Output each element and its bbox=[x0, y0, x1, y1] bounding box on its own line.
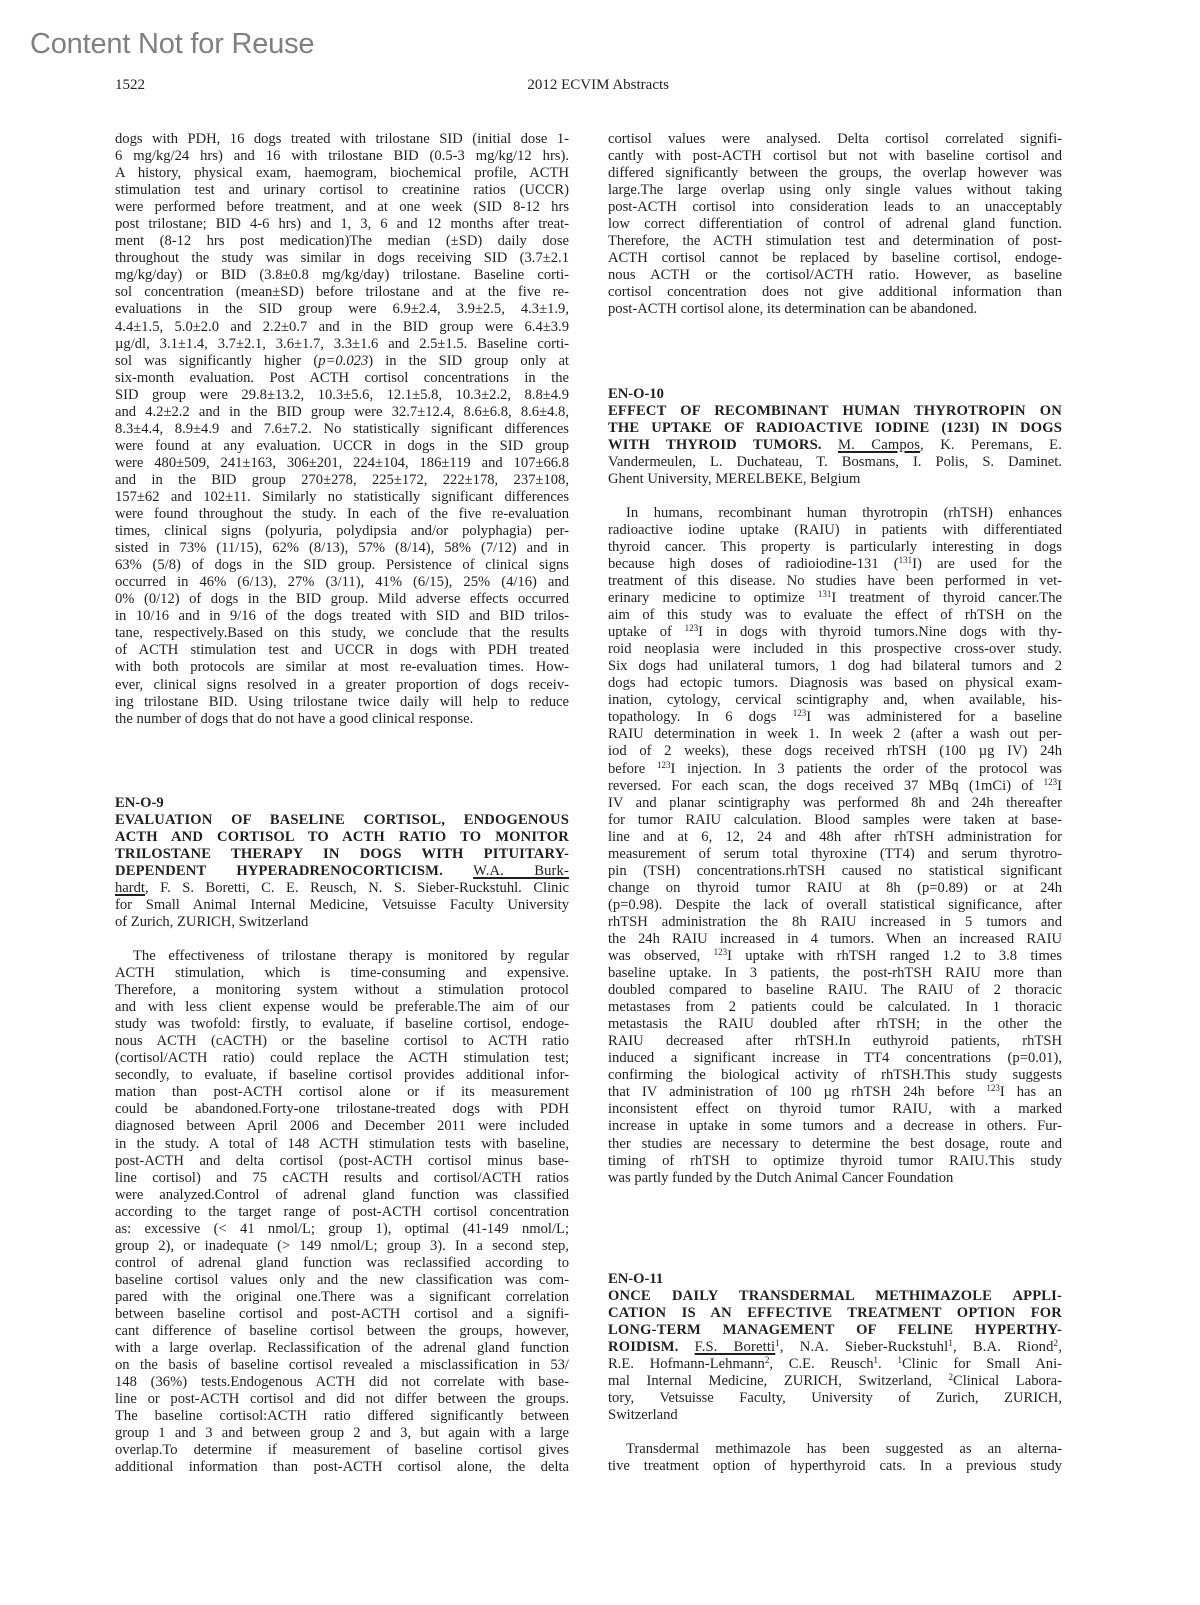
abstract-en-o-11: EN-O-11 ONCE DAILY TRANSDERMAL METHIMAZO… bbox=[608, 1271, 1062, 1476]
right-column: cortisol values were analysed. Delta cor… bbox=[608, 131, 1062, 1475]
section-gap bbox=[608, 319, 1062, 386]
text-line: in 10/16 and in 9/16 of the dogs treated… bbox=[115, 608, 569, 625]
isotope-superscript: 123 bbox=[986, 1083, 1000, 1093]
body-line: according to the target range of post-AC… bbox=[115, 1204, 569, 1221]
abstract-body: The effectiveness of trilostane therapy … bbox=[115, 948, 569, 1476]
text-line: cortisol concentration does not give add… bbox=[608, 284, 1062, 301]
title-line: EVALUATION OF BASELINE CORTISOL, ENDOGEN… bbox=[115, 812, 569, 829]
text-fragment: because high doses of radioiodine-131 ( bbox=[608, 556, 899, 572]
paragraph-gap bbox=[608, 488, 1062, 505]
body-line: induced a significant increase in TT4 co… bbox=[608, 1050, 1062, 1067]
abstract-title: EFFECT OF RECOMBINANT HUMAN THYROTROPIN … bbox=[608, 403, 1062, 454]
title-fragment: ROIDISM. bbox=[608, 1339, 679, 1355]
body-line: and with less client expense would be pr… bbox=[115, 999, 569, 1016]
abstract-body: In humans, recombinant human thyrotropin… bbox=[608, 505, 1062, 1187]
body-line: The baseline cortisol:ACTH ratio differe… bbox=[115, 1408, 569, 1425]
abstract-title: EVALUATION OF BASELINE CORTISOL, ENDOGEN… bbox=[115, 812, 569, 880]
page-number: 1522 bbox=[115, 77, 145, 94]
text-fragment: was observed, bbox=[608, 948, 714, 964]
text-fragment: , bbox=[1058, 1339, 1062, 1355]
abstract-en-o-9: EN-O-9 EVALUATION OF BASELINE CORTISOL, … bbox=[115, 795, 569, 1477]
body-line: mation than post-ACTH cortisol alone or … bbox=[115, 1084, 569, 1101]
section-gap bbox=[115, 728, 569, 795]
body-line: baseline cortisol values only and the ne… bbox=[115, 1272, 569, 1289]
text-fragment: uptake of bbox=[608, 624, 685, 640]
text-line: times, clinical signs (polyuria, polydip… bbox=[115, 523, 569, 540]
abstract-en-o-10: EN-O-10 EFFECT OF RECOMBINANT HUMAN THYR… bbox=[608, 386, 1062, 1187]
presenting-author: W.A. Burk- bbox=[473, 863, 569, 879]
text-line: stimulation test and urinary cortisol to… bbox=[115, 182, 569, 199]
body-line: (p=0.98). Despite the lack of overall st… bbox=[608, 897, 1062, 914]
abstract-id: EN-O-11 bbox=[608, 1271, 1062, 1288]
text-line: sol was significantly higher (p=0.023) i… bbox=[115, 353, 569, 370]
body-line: confirming the biological activity of rh… bbox=[608, 1067, 1062, 1084]
text-line: throughout the study was similar in dogs… bbox=[115, 250, 569, 267]
body-line: between baseline cortisol and post-ACTH … bbox=[115, 1306, 569, 1323]
text-line: the number of dogs that do not have a go… bbox=[115, 711, 569, 728]
abstract-title: ONCE DAILY TRANSDERMAL METHIMAZOLE APPLI… bbox=[608, 1288, 1062, 1356]
text-fragment: ) in the SID group only at bbox=[368, 353, 569, 369]
text-line: cortisol values were analysed. Delta cor… bbox=[608, 131, 1062, 148]
text-line: Therefore, the ACTH stimulation test and… bbox=[608, 233, 1062, 250]
body-line: topathology. In 6 dogs 123I was administ… bbox=[608, 709, 1062, 726]
text-line: sol concentration (mean±SD) before trilo… bbox=[115, 284, 569, 301]
body-line: overlap.To determine if measurement of b… bbox=[115, 1442, 569, 1459]
paragraph-gap bbox=[115, 931, 569, 948]
text-fragment: erinary medicine to optimize bbox=[608, 590, 818, 606]
text-fragment: I treatment of thyroid cancer.The bbox=[831, 590, 1062, 606]
text-line: ACTH cortisol cannot be replaced by base… bbox=[608, 250, 1062, 267]
title-line: TRILOSTANE THERAPY IN DOGS WITH PITUITAR… bbox=[115, 846, 569, 863]
presenting-author-cont: hardt bbox=[115, 880, 145, 896]
body-line: could be abandoned.Forty-one trilostane-… bbox=[115, 1101, 569, 1118]
body-line: The effectiveness of trilostane therapy … bbox=[115, 948, 569, 965]
body-line: before 123I injection. In 3 patients the… bbox=[608, 761, 1062, 778]
body-line: the 24h RAIU increased in 4 tumors. When… bbox=[608, 931, 1062, 948]
body-line: ACTH stimulation, which is time-consumin… bbox=[115, 965, 569, 982]
co-authors: , F. S. Boretti, C. E. Reusch, N. S. Sie… bbox=[145, 880, 569, 896]
isotope-superscript: 123 bbox=[1044, 777, 1058, 787]
body-line: (cortisol/ACTH ratio) could replace the … bbox=[115, 1050, 569, 1067]
co-author: , C.E. Reusch bbox=[769, 1356, 873, 1372]
body-line: that IV administration of 100 µg rhTSH 2… bbox=[608, 1084, 1062, 1101]
text-line: differed significantly between the group… bbox=[608, 165, 1062, 182]
isotope-superscript: 131 bbox=[899, 555, 913, 565]
body-line: inconsistent effect on thyroid tumor RAI… bbox=[608, 1101, 1062, 1118]
body-line: iod of 2 weeks), these dogs received rhT… bbox=[608, 743, 1062, 760]
text-fragment: I uptake with rhTSH ranged 1.2 to 3.8 ti… bbox=[727, 948, 1062, 964]
body-line: metastasis the RAIU doubled after rhTSH;… bbox=[608, 1016, 1062, 1033]
body-line: RAIU decreased after rhTSH.In euthyroid … bbox=[608, 1033, 1062, 1050]
body-line: In humans, recombinant human thyrotropin… bbox=[608, 505, 1062, 522]
journal-title: 2012 ECVIM Abstracts bbox=[527, 77, 669, 94]
body-line: additional information than post-ACTH co… bbox=[115, 1459, 569, 1476]
body-line: group 2), or inadequate (> 149 nmol/L; g… bbox=[115, 1238, 569, 1255]
body-line: radioactive iodine uptake (RAIU) in pati… bbox=[608, 522, 1062, 539]
text-line: dogs with PDH, 16 dogs treated with tril… bbox=[115, 131, 569, 148]
body-line: ination, cytology, cervical scintigraphy… bbox=[608, 692, 1062, 709]
text-line: post-ACTH cortisol alone, its determinat… bbox=[608, 301, 1062, 318]
text-line: with both protocols are similar at most … bbox=[115, 659, 569, 676]
text-line: were performed before treatment, and at … bbox=[115, 199, 569, 216]
body-line: for tumor RAIU calculation. Blood sample… bbox=[608, 812, 1062, 829]
isotope-superscript: 123 bbox=[657, 760, 671, 770]
text-line: six-month evaluation. Post ACTH cortisol… bbox=[115, 370, 569, 387]
affiliation-line: tory, Vetsuisse Faculty, University of Z… bbox=[608, 1390, 1062, 1407]
text-fragment: I was administered for a baseline bbox=[806, 709, 1062, 725]
body-line: dogs had ectopic tumors. Diagnosis was b… bbox=[608, 675, 1062, 692]
text-line: 4.4±1.5, 5.0±2.0 and 2.2±0.7 and in the … bbox=[115, 319, 569, 336]
body-line: timing of rhTSH to optimize thyroid tumo… bbox=[608, 1153, 1062, 1170]
body-line: aim of this study was to evaluate the ef… bbox=[608, 607, 1062, 624]
body-line: 148 (36%) tests.Endogenous ACTH did not … bbox=[115, 1374, 569, 1391]
text-fragment: I bbox=[1057, 778, 1062, 794]
body-line: as: excessive (< 41 nmol/L; group 1), op… bbox=[115, 1221, 569, 1238]
text-line: 157±62 and 102±11. Similarly no statisti… bbox=[115, 489, 569, 506]
body-line: study was twofold: firstly, to evaluate,… bbox=[115, 1016, 569, 1033]
body-line: line cortisol) and 75 cACTH results and … bbox=[115, 1170, 569, 1187]
text-line: post-ACTH cortisol into consideration le… bbox=[608, 199, 1062, 216]
abstract-id: EN-O-10 bbox=[608, 386, 1062, 403]
co-author: , B.A. Riond bbox=[953, 1339, 1054, 1355]
body-line: thyroid cancer. This property is particu… bbox=[608, 539, 1062, 556]
text-line: A history, physical exam, haemogram, bio… bbox=[115, 165, 569, 182]
body-line: line or post-ACTH cortisol and did not d… bbox=[115, 1391, 569, 1408]
text-line: 0% (0/12) of dogs in the BID group. Mild… bbox=[115, 591, 569, 608]
body-line: Transdermal methimazole has been suggest… bbox=[608, 1441, 1062, 1458]
text-fragment: reversed. For each scan, the dogs receiv… bbox=[608, 778, 1044, 794]
body-line: ther studies are necessary to determine … bbox=[608, 1136, 1062, 1153]
title-line: ACTH AND CORTISOL TO ACTH RATIO TO MONIT… bbox=[115, 829, 569, 846]
text-line: were 480±509, 241±163, 306±201, 224±104,… bbox=[115, 455, 569, 472]
text-fragment: I has an bbox=[1000, 1084, 1062, 1100]
body-line: metastases from 2 patients could be calc… bbox=[608, 999, 1062, 1016]
text-line: low correct differentiation of control o… bbox=[608, 216, 1062, 233]
text-line: ever, clinical signs resolved in a great… bbox=[115, 677, 569, 694]
text-line: 6 mg/kg/24 hrs) and 16 with trilostane B… bbox=[115, 148, 569, 165]
affiliation-line: for Small Animal Internal Medicine, Vets… bbox=[115, 897, 569, 914]
text-line: tane, respectively.Based on this study, … bbox=[115, 625, 569, 642]
text-line: were found throughout the study. In each… bbox=[115, 506, 569, 523]
title-line: LONG-TERM MANAGEMENT OF FELINE HYPERTHY- bbox=[608, 1322, 1062, 1339]
text-line: post trilostane; BID 4-6 hrs) and 1, 3, … bbox=[115, 216, 569, 233]
body-line: line and at 6, 12, 24 and 48h after rhTS… bbox=[608, 829, 1062, 846]
text-line: evaluations in the SID group were 6.9±2.… bbox=[115, 301, 569, 318]
body-line: reversed. For each scan, the dogs receiv… bbox=[608, 778, 1062, 795]
body-line: group 1 and 3 and between group 2 and 3,… bbox=[115, 1425, 569, 1442]
affiliation-line: Switzerland bbox=[608, 1407, 1062, 1424]
affiliation: mal Internal Medicine, ZURICH, Switzerla… bbox=[608, 1373, 948, 1389]
body-line: nous ACTH (cACTH) or the baseline cortis… bbox=[115, 1033, 569, 1050]
text-line: of ACTH stimulation test and UCCR in dog… bbox=[115, 642, 569, 659]
watermark: Content Not for Reuse bbox=[30, 28, 314, 61]
presenting-author: M. Campos bbox=[838, 437, 920, 453]
title-line: EFFECT OF RECOMBINANT HUMAN THYROTROPIN … bbox=[608, 403, 1062, 420]
text-fragment: that IV administration of 100 µg rhTSH 2… bbox=[608, 1084, 986, 1100]
title-line: ONCE DAILY TRANSDERMAL METHIMAZOLE APPLI… bbox=[608, 1288, 1062, 1305]
isotope-superscript: 131 bbox=[818, 589, 832, 599]
body-line: RAIU determination in week 1. In week 2 … bbox=[608, 726, 1062, 743]
title-line: DEPENDENT HYPERADRENOCORTICISM. W.A. Bur… bbox=[115, 863, 569, 880]
co-author: R.E. Hofmann-Lehmann bbox=[608, 1356, 765, 1372]
text-line: nous ACTH or the cortisol/ACTH ratio. Ho… bbox=[608, 267, 1062, 284]
body-line: on the basis of baseline cortisol reveal… bbox=[115, 1357, 569, 1374]
body-line: change on thyroid tumor RAIU at 8h (p=0.… bbox=[608, 880, 1062, 897]
body-line: diagnosed between April 2006 and Decembe… bbox=[115, 1118, 569, 1135]
presenting-author: F.S. Boretti bbox=[695, 1339, 776, 1355]
body-line: treatment of this disease. No studies ha… bbox=[608, 573, 1062, 590]
left-column: dogs with PDH, 16 dogs treated with tril… bbox=[115, 131, 569, 1476]
body-line: with a large overlap. Reclassification o… bbox=[115, 1340, 569, 1357]
affiliation: Clinic for Small Ani- bbox=[902, 1356, 1062, 1372]
title-line: CATION IS AN EFFECTIVE TREATMENT OPTION … bbox=[608, 1305, 1062, 1322]
title-fragment: WITH THYROID TUMORS. bbox=[608, 437, 822, 453]
text-fragment: before bbox=[608, 761, 657, 777]
body-line: in the study. A total of 148 ACTH stimul… bbox=[115, 1136, 569, 1153]
title-line: WITH THYROID TUMORS. M. Campos, K. Perem… bbox=[608, 437, 1062, 454]
body-line: erinary medicine to optimize 131I treatm… bbox=[608, 590, 1062, 607]
affiliation-line: Ghent University, MERELBEKE, Belgium bbox=[608, 471, 1062, 488]
authors-line: R.E. Hofmann-Lehmann2, C.E. Reusch1. 1Cl… bbox=[608, 1356, 1062, 1373]
text-line: 8.3±4.4, 8.9±4.9 and 7.6±7.2. No statist… bbox=[115, 421, 569, 438]
body-line: rhTSH administration the 8h RAIU increas… bbox=[608, 914, 1062, 931]
title-fragment: DEPENDENT HYPERADRENOCORTICISM. bbox=[115, 863, 443, 879]
body-line: pin (TSH) concentrations.rhTSH caused no… bbox=[608, 863, 1062, 880]
text-line: large.The large overlap using only singl… bbox=[608, 182, 1062, 199]
body-line: post-ACTH and delta cortisol (post-ACTH … bbox=[115, 1153, 569, 1170]
body-line: secondly, to evaluate, if baseline corti… bbox=[115, 1067, 569, 1084]
text-fragment: I in dogs with thyroid tumors.Nine dogs … bbox=[698, 624, 1062, 640]
authors-line: hardt, F. S. Boretti, C. E. Reusch, N. S… bbox=[115, 880, 569, 897]
body-line: Six dogs had unilateral tumors, 1 dog ha… bbox=[608, 658, 1062, 675]
body-line: uptake of 123I in dogs with thyroid tumo… bbox=[608, 624, 1062, 641]
body-line: doubled compared to baseline RAIU. The R… bbox=[608, 982, 1062, 999]
text-line: occurred in 46% (6/13), 27% (3/11), 41% … bbox=[115, 574, 569, 591]
abstract-id: EN-O-9 bbox=[115, 795, 569, 812]
body-line: roid neoplasia were included in this pro… bbox=[608, 641, 1062, 658]
co-authors: , K. Peremans, E. bbox=[920, 437, 1062, 453]
text-line: and 4.2±2.2 and in the BID group were 32… bbox=[115, 404, 569, 421]
isotope-superscript: 123 bbox=[685, 623, 699, 633]
title-line: ROIDISM. F.S. Boretti1, N.A. Sieber-Ruck… bbox=[608, 1339, 1062, 1356]
abstract-body: Transdermal methimazole has been suggest… bbox=[608, 1441, 1062, 1475]
text-line: cantly with post-ACTH cortisol but not w… bbox=[608, 148, 1062, 165]
text-line: mg/kg/day) or BID (3.8±0.8 mg/kg/day) tr… bbox=[115, 267, 569, 284]
continued-abstract-text: cortisol values were analysed. Delta cor… bbox=[608, 131, 1062, 319]
text-line: µg/dl, 3.1±1.4, 3.7±2.1, 3.6±1.7, 3.3±1.… bbox=[115, 336, 569, 353]
affiliation: Clinical Labora- bbox=[953, 1373, 1062, 1389]
co-author: , N.A. Sieber-Ruckstuhl bbox=[780, 1339, 948, 1355]
title-line: THE UPTAKE OF RADIOACTIVE IODINE (123I) … bbox=[608, 420, 1062, 437]
body-line: IV and planar scintigraphy was performed… bbox=[608, 795, 1062, 812]
text-line: were found at any evaluation. UCCR in do… bbox=[115, 438, 569, 455]
body-line: measurement of serum total thyroxine (TT… bbox=[608, 846, 1062, 863]
continued-abstract-text: dogs with PDH, 16 dogs treated with tril… bbox=[115, 131, 569, 728]
body-line: was observed, 123I uptake with rhTSH ran… bbox=[608, 948, 1062, 965]
p-value: p=0.023 bbox=[318, 353, 368, 369]
affiliation-line: of Zurich, ZURICH, Switzerland bbox=[115, 914, 569, 931]
authors-line: Vandermeulen, L. Duchateau, T. Bosmans, … bbox=[608, 454, 1062, 471]
section-gap bbox=[608, 1187, 1062, 1271]
body-line: increase in uptake in some tumors and a … bbox=[608, 1118, 1062, 1135]
text-fragment: ) are used for the bbox=[917, 556, 1062, 572]
text-line: ment (8-12 hrs post medication)The media… bbox=[115, 233, 569, 250]
text-line: sisted in 73% (11/15), 62% (8/13), 57% (… bbox=[115, 540, 569, 557]
body-line: were analyzed.Control of adrenal gland f… bbox=[115, 1187, 569, 1204]
body-line: because high doses of radioiodine-131 (1… bbox=[608, 556, 1062, 573]
body-line: tive treatment option of hyperthyroid ca… bbox=[608, 1458, 1062, 1475]
body-line: Therefore, a monitoring system without a… bbox=[115, 982, 569, 999]
text-line: 63% (5/8) of dogs in the SID group. Pers… bbox=[115, 557, 569, 574]
body-line: baseline uptake. In 3 patients, the post… bbox=[608, 965, 1062, 982]
text-line: ing trilostane BID. Using trilostane twi… bbox=[115, 694, 569, 711]
isotope-superscript: 123 bbox=[793, 708, 807, 718]
body-line: was partly funded by the Dutch Animal Ca… bbox=[608, 1170, 1062, 1187]
affiliation-line: mal Internal Medicine, ZURICH, Switzerla… bbox=[608, 1373, 1062, 1390]
text-fragment: . bbox=[878, 1356, 897, 1372]
text-fragment: sol was significantly higher ( bbox=[115, 353, 318, 369]
body-line: cant difference of baseline cortisol bet… bbox=[115, 1323, 569, 1340]
paragraph-gap bbox=[608, 1424, 1062, 1441]
isotope-superscript: 123 bbox=[714, 947, 728, 957]
body-line: control of adrenal gland function was re… bbox=[115, 1255, 569, 1272]
text-fragment: I injection. In 3 patients the order of … bbox=[670, 761, 1062, 777]
body-line: pared with the original one.There was a … bbox=[115, 1289, 569, 1306]
text-line: and in the BID group 270±278, 225±172, 2… bbox=[115, 472, 569, 489]
text-fragment: topathology. In 6 dogs bbox=[608, 709, 793, 725]
text-line: SID group were 29.8±13.2, 10.3±5.6, 12.1… bbox=[115, 387, 569, 404]
